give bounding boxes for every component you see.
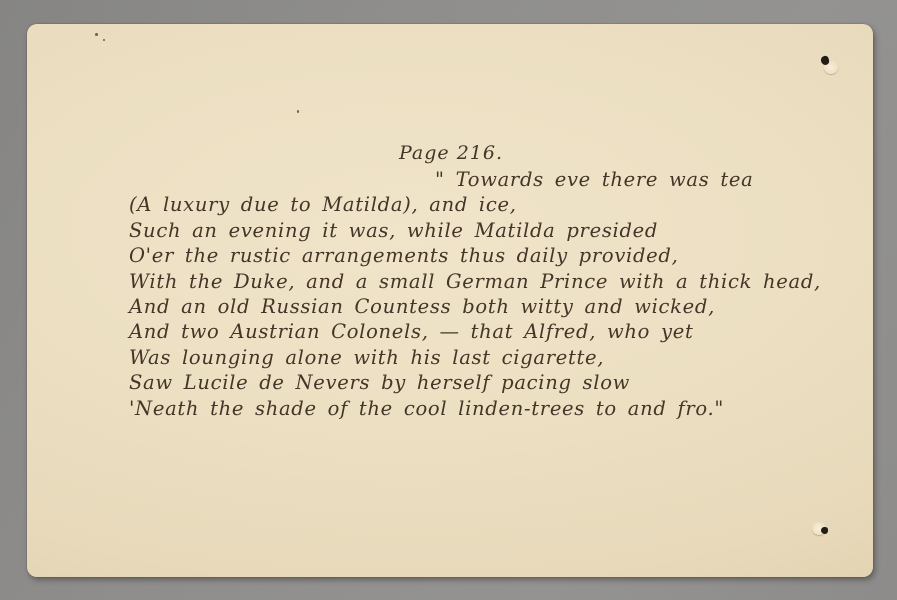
poem-line: Was lounging alone with his last cigaret… bbox=[129, 345, 829, 370]
paper-speck bbox=[95, 33, 98, 36]
poem-text-block: " Towards eve there was tea (A luxury du… bbox=[129, 167, 829, 421]
pinhole-bottom-right bbox=[811, 519, 833, 541]
paper-speck bbox=[103, 39, 105, 41]
poem-line: And an old Russian Countess both witty a… bbox=[129, 294, 829, 319]
poem-line: 'Neath the shade of the cool linden-tree… bbox=[129, 396, 829, 421]
pin-hole bbox=[821, 527, 828, 534]
poem-line: Such an evening it was, while Matilda pr… bbox=[129, 218, 829, 243]
poem-line: With the Duke, and a small German Prince… bbox=[129, 269, 829, 294]
poem-line: Saw Lucile de Nevers by herself pacing s… bbox=[129, 370, 829, 395]
poem-line: " Towards eve there was tea bbox=[129, 167, 829, 192]
poem-line: And two Austrian Colonels, — that Alfred… bbox=[129, 319, 829, 344]
paper-speck bbox=[297, 110, 299, 113]
poem-line: O'er the rustic arrangements thus daily … bbox=[129, 243, 829, 268]
page-number-heading: Page 216. bbox=[399, 142, 503, 164]
pinhole-top-right bbox=[817, 54, 839, 76]
manuscript-card: Page 216. " Towards eve there was tea (A… bbox=[27, 24, 873, 577]
photo-background: Page 216. " Towards eve there was tea (A… bbox=[0, 0, 897, 600]
poem-line: (A luxury due to Matilda), and ice, bbox=[129, 192, 829, 217]
